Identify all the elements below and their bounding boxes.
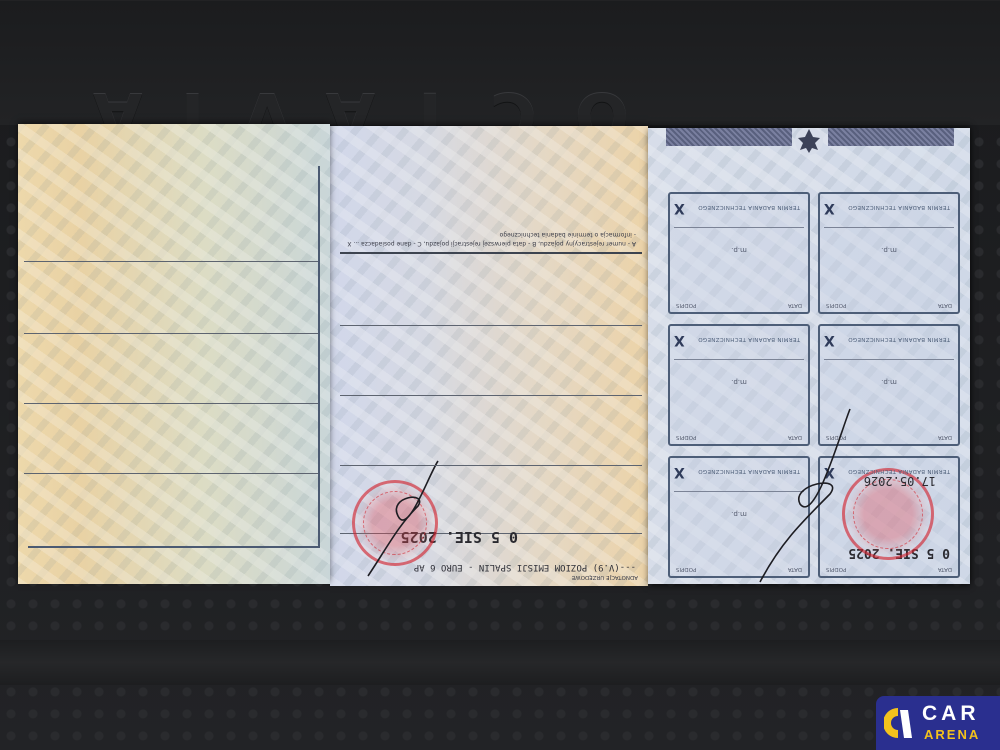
eagle-emblem-icon	[794, 128, 824, 158]
decorative-band	[666, 128, 792, 146]
middle-page: ADNOTACJE URZĘDOWE ---(V.9) POZIOM EMISJ…	[330, 126, 648, 586]
car-arena-logo-icon	[884, 706, 912, 740]
signature	[358, 456, 448, 586]
notice-page-back	[18, 124, 330, 584]
inspection-box: DATA PODPIS m.p. TERMIN BADANIA TECHNICZ…	[668, 192, 810, 314]
car-arena-logo: CAR ARENA	[876, 696, 1000, 750]
footer-label: ADNOTACJE URZĘDOWE	[572, 572, 638, 582]
next-inspection-date: 17.05.2026	[864, 474, 936, 488]
inspection-box: DATA PODPIS m.p. TERMIN BADANIA TECHNICZ…	[818, 192, 960, 314]
logo-text-arena: ARENA	[924, 727, 980, 742]
inspection-page: DATA PODPIS 0 5 SIE. 2025 17.05.2026 TER…	[648, 128, 970, 584]
logo-text-car: CAR	[922, 702, 980, 726]
trunk-mat-groove	[0, 640, 1000, 685]
decorative-band	[828, 128, 954, 146]
legend-text: A - numer rejestracyjny pojazdu, B - dat…	[346, 230, 636, 248]
signature	[750, 404, 870, 584]
